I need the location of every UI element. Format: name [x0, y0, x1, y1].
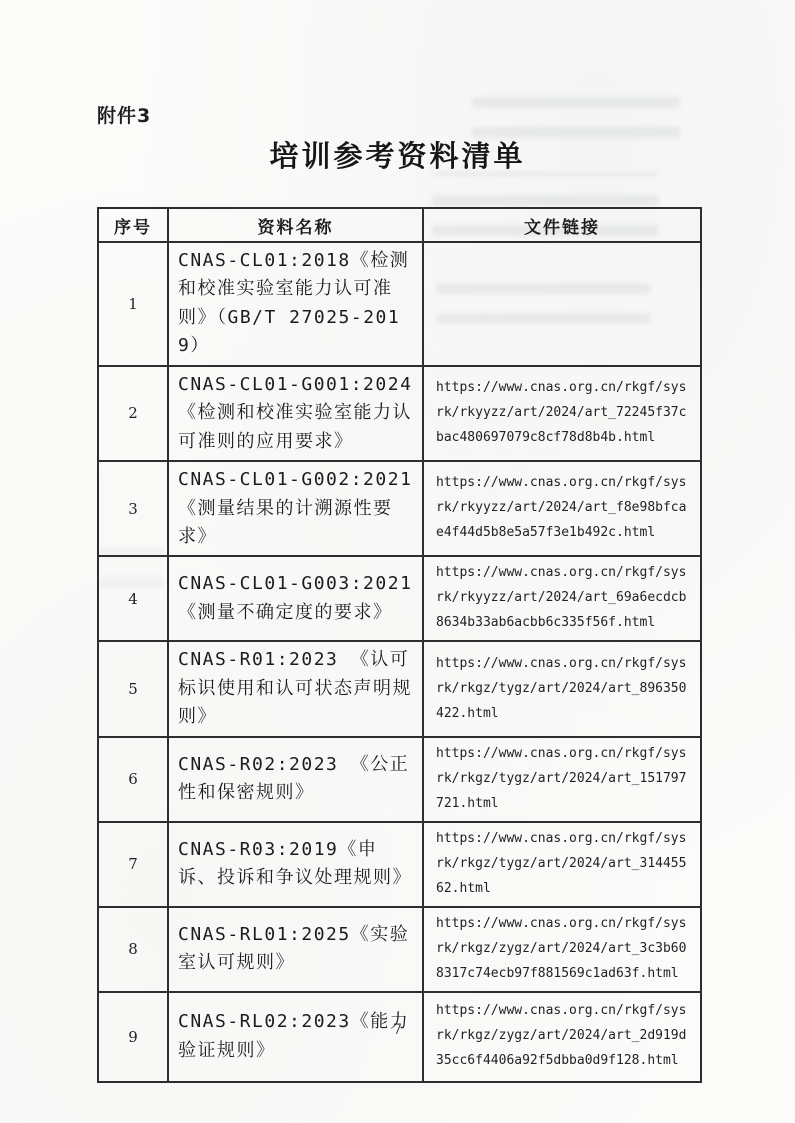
- table-row: 8 CNAS-RL01:2025《实验室认可规则》 https://www.cn…: [98, 907, 701, 992]
- material-name-cell: CNAS-R01:2023 《认可标识使用和认可状态声明规则》: [168, 641, 423, 736]
- row-number-cell: 6: [98, 737, 168, 822]
- table-row: 3 CNAS-CL01-G002:2021 《测量结果的计溯源性要求》 http…: [98, 461, 701, 556]
- file-link-text: https://www.cnas.org.cn/rkgf/sysrk/rkyyz…: [436, 561, 690, 636]
- file-link-text: https://www.cnas.org.cn/rkgf/sysrk/rkgz/…: [436, 652, 690, 727]
- file-link-cell: https://www.cnas.org.cn/rkgf/sysrk/rkgz/…: [423, 737, 701, 822]
- bleedthrough-artifact: [472, 96, 680, 138]
- scanned-document-page: 附件3 培训参考资料清单 序号 资料名称 文件链接 1 CNAS-CL01:20…: [0, 0, 795, 1123]
- attachment-label: 附件3: [97, 101, 151, 128]
- column-header-link: 文件链接: [423, 208, 701, 242]
- file-link-cell: https://www.cnas.org.cn/rkgf/sysrk/rkyyz…: [423, 556, 701, 641]
- material-name-cell: CNAS-CL01:2018《检测和校准实验室能力认可准则》（GB/T 2702…: [168, 242, 423, 366]
- file-link-text: https://www.cnas.org.cn/rkgf/sysrk/rkyyz…: [436, 376, 690, 451]
- file-link-text: https://www.cnas.org.cn/rkgf/sysrk/rkgz/…: [436, 912, 690, 987]
- table-row: 2 CNAS-CL01-G001:2024 《检测和校准实验室能力认可准则的应用…: [98, 366, 701, 461]
- material-name-cell: CNAS-CL01-G002:2021 《测量结果的计溯源性要求》: [168, 461, 423, 556]
- file-link-text: https://www.cnas.org.cn/rkgf/sysrk/rkgz/…: [436, 827, 690, 902]
- file-link-cell: https://www.cnas.org.cn/rkgf/sysrk/rkgz/…: [423, 641, 701, 736]
- file-link-cell: https://www.cnas.org.cn/rkgf/sysrk/rkgz/…: [423, 822, 701, 907]
- page-title: 培训参考资料清单: [0, 134, 795, 175]
- table-row: 4 CNAS-CL01-G003:2021 《测量不确定度的要求》 https:…: [98, 556, 701, 641]
- row-number-cell: 8: [98, 907, 168, 992]
- table-row: 6 CNAS-R02:2023 《公正性和保密规则》 https://www.c…: [98, 737, 701, 822]
- row-number-cell: 4: [98, 556, 168, 641]
- file-link-cell: https://www.cnas.org.cn/rkgf/sysrk/rkgz/…: [423, 907, 701, 992]
- table-header-row: 序号 资料名称 文件链接: [98, 208, 701, 242]
- column-header-no: 序号: [98, 208, 168, 242]
- material-name-cell: CNAS-CL01-G003:2021 《测量不确定度的要求》: [168, 556, 423, 641]
- file-link-cell: https://www.cnas.org.cn/rkgf/sysrk/rkyyz…: [423, 366, 701, 461]
- material-name-cell: CNAS-RL01:2025《实验室认可规则》: [168, 907, 423, 992]
- material-name-cell: CNAS-R03:2019《申诉、投诉和争议处理规则》: [168, 822, 423, 907]
- row-number-cell: 7: [98, 822, 168, 907]
- material-name-cell: CNAS-R02:2023 《公正性和保密规则》: [168, 737, 423, 822]
- file-link-cell: [423, 242, 701, 366]
- file-link-text: https://www.cnas.org.cn/rkgf/sysrk/rkgz/…: [436, 742, 690, 817]
- row-number-cell: 3: [98, 461, 168, 556]
- row-number-cell: 1: [98, 242, 168, 366]
- row-number-cell: 5: [98, 641, 168, 736]
- reference-materials-table: 序号 资料名称 文件链接 1 CNAS-CL01:2018《检测和校准实验室能力…: [97, 207, 702, 1083]
- table-row: 5 CNAS-R01:2023 《认可标识使用和认可状态声明规则》 https:…: [98, 641, 701, 736]
- file-link-cell: https://www.cnas.org.cn/rkgf/sysrk/rkyyz…: [423, 461, 701, 556]
- row-number-cell: 2: [98, 366, 168, 461]
- page-number: 7: [0, 1022, 795, 1038]
- column-header-name: 资料名称: [168, 208, 423, 242]
- file-link-text: https://www.cnas.org.cn/rkgf/sysrk/rkyyz…: [436, 471, 690, 546]
- material-name-cell: CNAS-CL01-G001:2024 《检测和校准实验室能力认可准则的应用要求…: [168, 366, 423, 461]
- table-row: 1 CNAS-CL01:2018《检测和校准实验室能力认可准则》（GB/T 27…: [98, 242, 701, 366]
- table-row: 7 CNAS-R03:2019《申诉、投诉和争议处理规则》 https://ww…: [98, 822, 701, 907]
